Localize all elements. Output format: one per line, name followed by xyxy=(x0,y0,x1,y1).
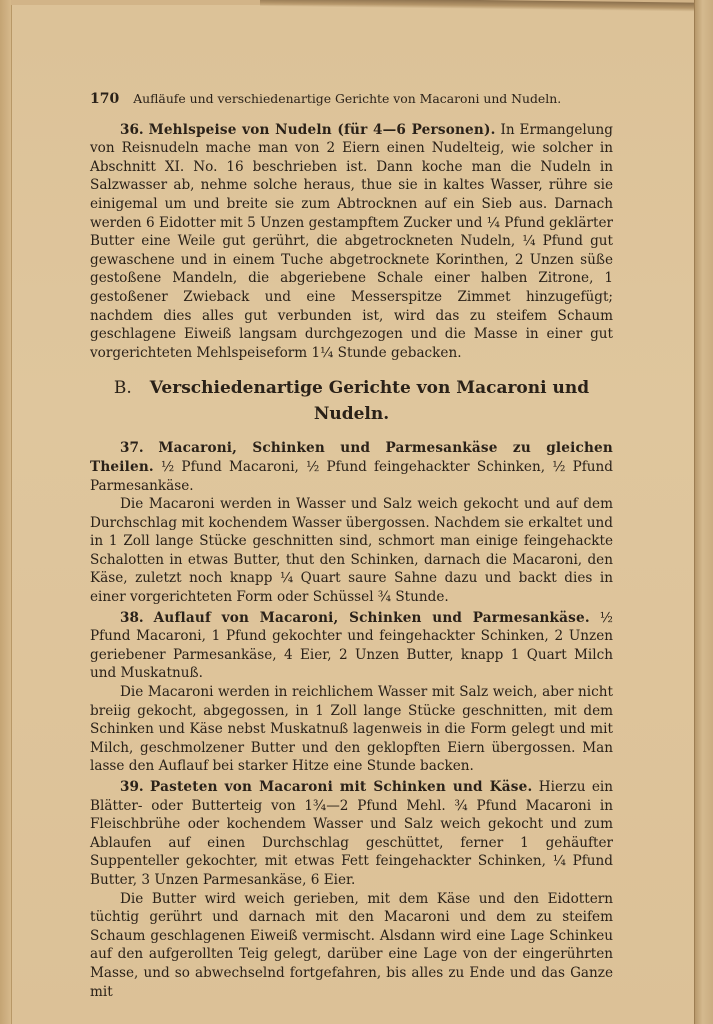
section-letter: B. xyxy=(114,378,132,398)
recipe-number: 36. xyxy=(120,122,144,138)
recipe-39-heading: 39. Pasteten von Macaroni mit Schinken u… xyxy=(90,778,613,890)
recipe-number: 38. xyxy=(120,610,144,626)
running-head: 170 Aufläufe und verschiedenartige Geric… xyxy=(90,90,613,109)
page-number: 170 xyxy=(90,90,119,109)
recipe-number: 39. xyxy=(120,779,144,795)
recipe-36: 36. Mehlspeise von Nudeln (für 4—6 Perso… xyxy=(90,121,613,363)
running-title: Aufläufe und verschiedenartige Gerichte … xyxy=(133,90,561,109)
recipe-title: Pasteten von Macaroni mit Schinken und K… xyxy=(150,779,532,795)
recipe-39-text: Die Butter wird weich gerieben, mit dem … xyxy=(90,890,613,1002)
recipe-38-text: Die Macaroni werden in reichlichem Wasse… xyxy=(90,683,613,776)
recipe-ingredients: Hierzu ein Blätter- oder Butterteig von … xyxy=(90,779,613,888)
recipe-title: Auflauf von Macaroni, Schinken und Parme… xyxy=(154,610,590,626)
recipe-38-heading: 38. Auflauf von Macaroni, Schinken und P… xyxy=(90,609,613,683)
recipe-title: Mehlspeise von Nudeln (für 4—6 Personen)… xyxy=(149,122,496,138)
recipe-37-heading: 37. Macaroni, Schinken und Parmesankäse … xyxy=(90,439,613,495)
recipe-ingredients: ½ Pfund Macaroni, ½ Pfund feingehackter … xyxy=(90,459,613,494)
right-page-edge xyxy=(694,0,713,1024)
page-text-block: 170 Aufläufe und verschiedenartige Geric… xyxy=(90,90,613,1001)
section-heading: B.Verschiedenartige Gerichte von Macaron… xyxy=(90,375,613,427)
recipe-37-text: Die Macaroni werden in Wasser und Salz w… xyxy=(90,495,613,607)
left-page-edge xyxy=(0,0,11,1024)
recipe-number: 37. xyxy=(120,440,144,456)
section-title-line2: Nudeln. xyxy=(90,401,613,427)
section-title-line1: Verschiedenartige Gerichte von Macaroni … xyxy=(150,378,589,398)
recipe-text: In Ermangelung von Reisnudeln mache man … xyxy=(90,122,613,361)
